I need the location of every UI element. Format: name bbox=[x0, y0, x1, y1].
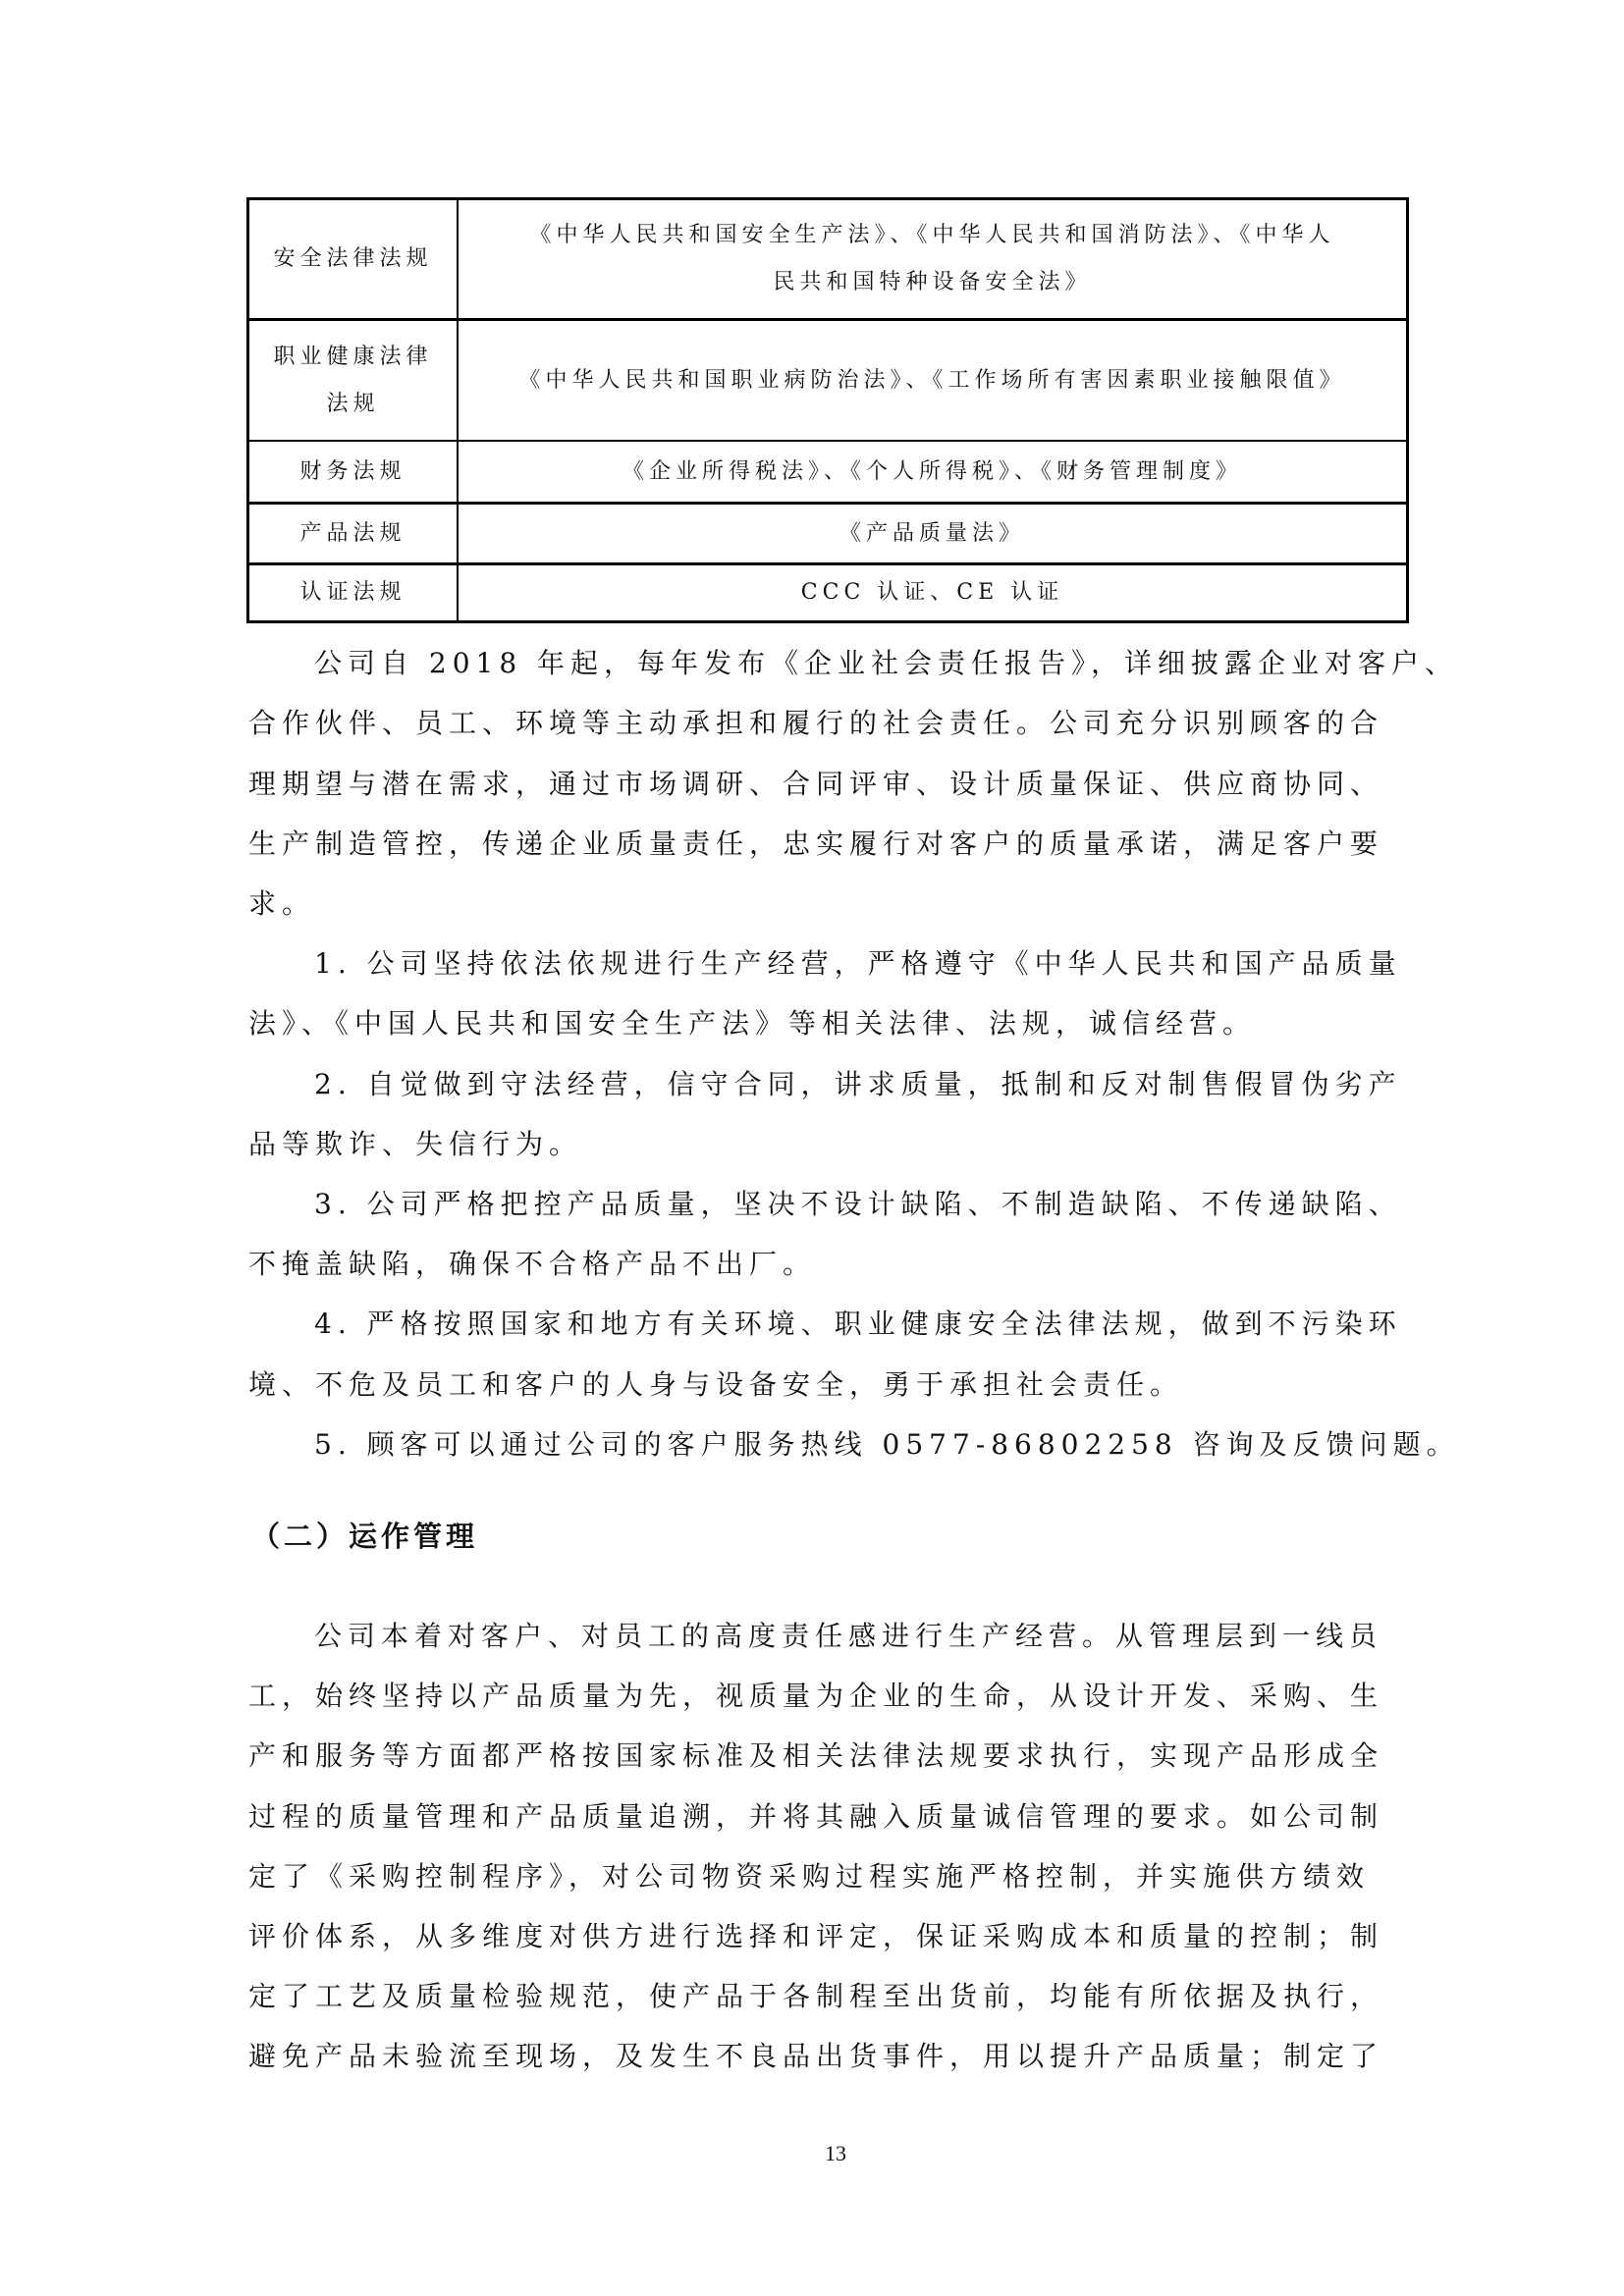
category-label: 法规 bbox=[273, 381, 432, 428]
regulations-table: 安全法律法规 《中华人民共和国安全生产法》、《中华人民共和国消防法》、《中华人 … bbox=[246, 197, 1409, 623]
operations-paragraph-line: 产和服务等方面都严格按国家标准及相关法律法规要求执行，实现产品形成全 bbox=[248, 1726, 1383, 1786]
commitment-item-3-cont: 不掩盖缺陷，确保不合格产品不出厂。 bbox=[248, 1234, 816, 1294]
table-row-product: 产品法规 《产品质量法》 bbox=[249, 502, 1406, 562]
table-cell-laws: 《产品质量法》 bbox=[459, 505, 1406, 562]
operations-paragraph-line: 工，始终坚持以产品质量为先，视质量为企业的生命，从设计开发、采购、生 bbox=[248, 1666, 1383, 1726]
laws-text-line: 《中华人民共和国安全生产法》、《中华人民共和国消防法》、《中华人 bbox=[529, 212, 1334, 259]
operations-paragraph-line: 定了《采购控制程序》，对公司物资采购过程实施严格控制，并实施供方绩效 bbox=[248, 1846, 1370, 1906]
intro-paragraph-line: 生产制造管控，传递企业质量责任，忠实履行对客户的质量承诺，满足客户要 bbox=[248, 814, 1383, 874]
document-page: 安全法律法规 《中华人民共和国安全生产法》、《中华人民共和国消防法》、《中华人 … bbox=[0, 0, 1624, 2296]
category-label: 职业健康法律 bbox=[273, 334, 432, 381]
laws-text-line: 《企业所得税法》、《个人所得税》、《财务管理制度》 bbox=[623, 449, 1242, 496]
commitment-item-1: 1. 公司坚持依法依规进行生产经营，严格遵守《中华人民共和国产品质量 bbox=[314, 934, 1402, 993]
operations-paragraph-line: 定了工艺及质量检验规范，使产品于各制程至出货前，均能有所依据及执行， bbox=[248, 1966, 1383, 2026]
table-row-safety: 安全法律法规 《中华人民共和国安全生产法》、《中华人民共和国消防法》、《中华人 … bbox=[249, 200, 1406, 318]
table-cell-category: 财务法规 bbox=[249, 442, 459, 502]
section-heading: （二）运作管理 bbox=[251, 1517, 478, 1556]
laws-text-line: 《中华人民共和国职业病防治法》、《工作场所有害因素职业接触限值》 bbox=[518, 357, 1345, 404]
intro-paragraph-line: 合作伙伴、员工、环境等主动承担和履行的社会责任。公司充分识别顾客的合 bbox=[248, 693, 1383, 753]
operations-paragraph-line: 评价体系，从多维度对供方进行选择和评定，保证采购成本和质量的控制；制 bbox=[248, 1906, 1383, 1966]
table-cell-category: 认证法规 bbox=[249, 565, 459, 620]
commitment-item-4: 4. 严格按照国家和地方有关环境、职业健康安全法律法规，做到不污染环 bbox=[314, 1294, 1402, 1354]
commitment-item-1-cont: 法》、《中国人民共和国安全生产法》等相关法律、法规，诚信经营。 bbox=[248, 993, 1256, 1053]
commitment-item-4-cont: 境、不危及员工和客户的人身与设备安全，勇于承担社会责任。 bbox=[248, 1355, 1183, 1415]
table-row-certification: 认证法规 CCC 认证、CE 认证 bbox=[249, 562, 1406, 620]
table-row-finance: 财务法规 《企业所得税法》、《个人所得税》、《财务管理制度》 bbox=[249, 440, 1406, 502]
table-row-occupational-health: 职业健康法律 法规 《中华人民共和国职业病防治法》、《工作场所有害因素职业接触限… bbox=[249, 318, 1406, 440]
table-cell-category: 安全法律法规 bbox=[249, 200, 459, 318]
commitment-item-2-cont: 品等欺诈、失信行为。 bbox=[248, 1114, 582, 1174]
table-cell-category: 职业健康法律 法规 bbox=[249, 321, 459, 440]
laws-text-line: 民共和国特种设备安全法》 bbox=[529, 259, 1334, 306]
intro-paragraph-line: 理期望与潜在需求，通过市场调研、合同评审、设计质量保证、供应商协同、 bbox=[248, 754, 1383, 814]
commitment-item-5: 5. 顾客可以通过公司的客户服务热线 0577-86802258 咨询及反馈问题… bbox=[314, 1415, 1460, 1474]
commitment-item-2: 2. 自觉做到守法经营，信守合同，讲求质量，抵制和反对制售假冒伪劣产 bbox=[314, 1054, 1402, 1114]
laws-text-line: CCC 认证、CE 认证 bbox=[801, 569, 1063, 616]
table-cell-laws: 《中华人民共和国安全生产法》、《中华人民共和国消防法》、《中华人 民共和国特种设… bbox=[459, 200, 1406, 318]
intro-paragraph-line: 公司自 2018 年起，每年发布《企业社会责任报告》，详细披露企业对客户、 bbox=[314, 633, 1458, 693]
operations-paragraph-line: 公司本着对客户、对员工的高度责任感进行生产经营。从管理层到一线员 bbox=[314, 1606, 1382, 1666]
category-label: 产品法规 bbox=[299, 510, 406, 558]
category-label: 财务法规 bbox=[299, 449, 406, 496]
laws-text-line: 《产品质量法》 bbox=[839, 510, 1025, 558]
intro-paragraph-line: 求。 bbox=[248, 874, 315, 934]
operations-paragraph-line: 避免产品未验流至现场，及发生不良品出货事件，用以提升产品质量；制定了 bbox=[248, 2026, 1383, 2086]
table-cell-laws: CCC 认证、CE 认证 bbox=[459, 565, 1406, 620]
category-label: 安全法律法规 bbox=[273, 236, 432, 283]
operations-paragraph-line: 过程的质量管理和产品质量追溯，并将其融入质量诚信管理的要求。如公司制 bbox=[248, 1787, 1383, 1846]
table-cell-laws: 《中华人民共和国职业病防治法》、《工作场所有害因素职业接触限值》 bbox=[459, 321, 1406, 440]
page-number: 13 bbox=[796, 2140, 875, 2167]
commitment-item-3: 3. 公司严格把控产品质量，坚决不设计缺陷、不制造缺陷、不传递缺陷、 bbox=[314, 1174, 1402, 1234]
category-label: 认证法规 bbox=[299, 569, 406, 616]
table-cell-category: 产品法规 bbox=[249, 505, 459, 562]
table-cell-laws: 《企业所得税法》、《个人所得税》、《财务管理制度》 bbox=[459, 442, 1406, 502]
